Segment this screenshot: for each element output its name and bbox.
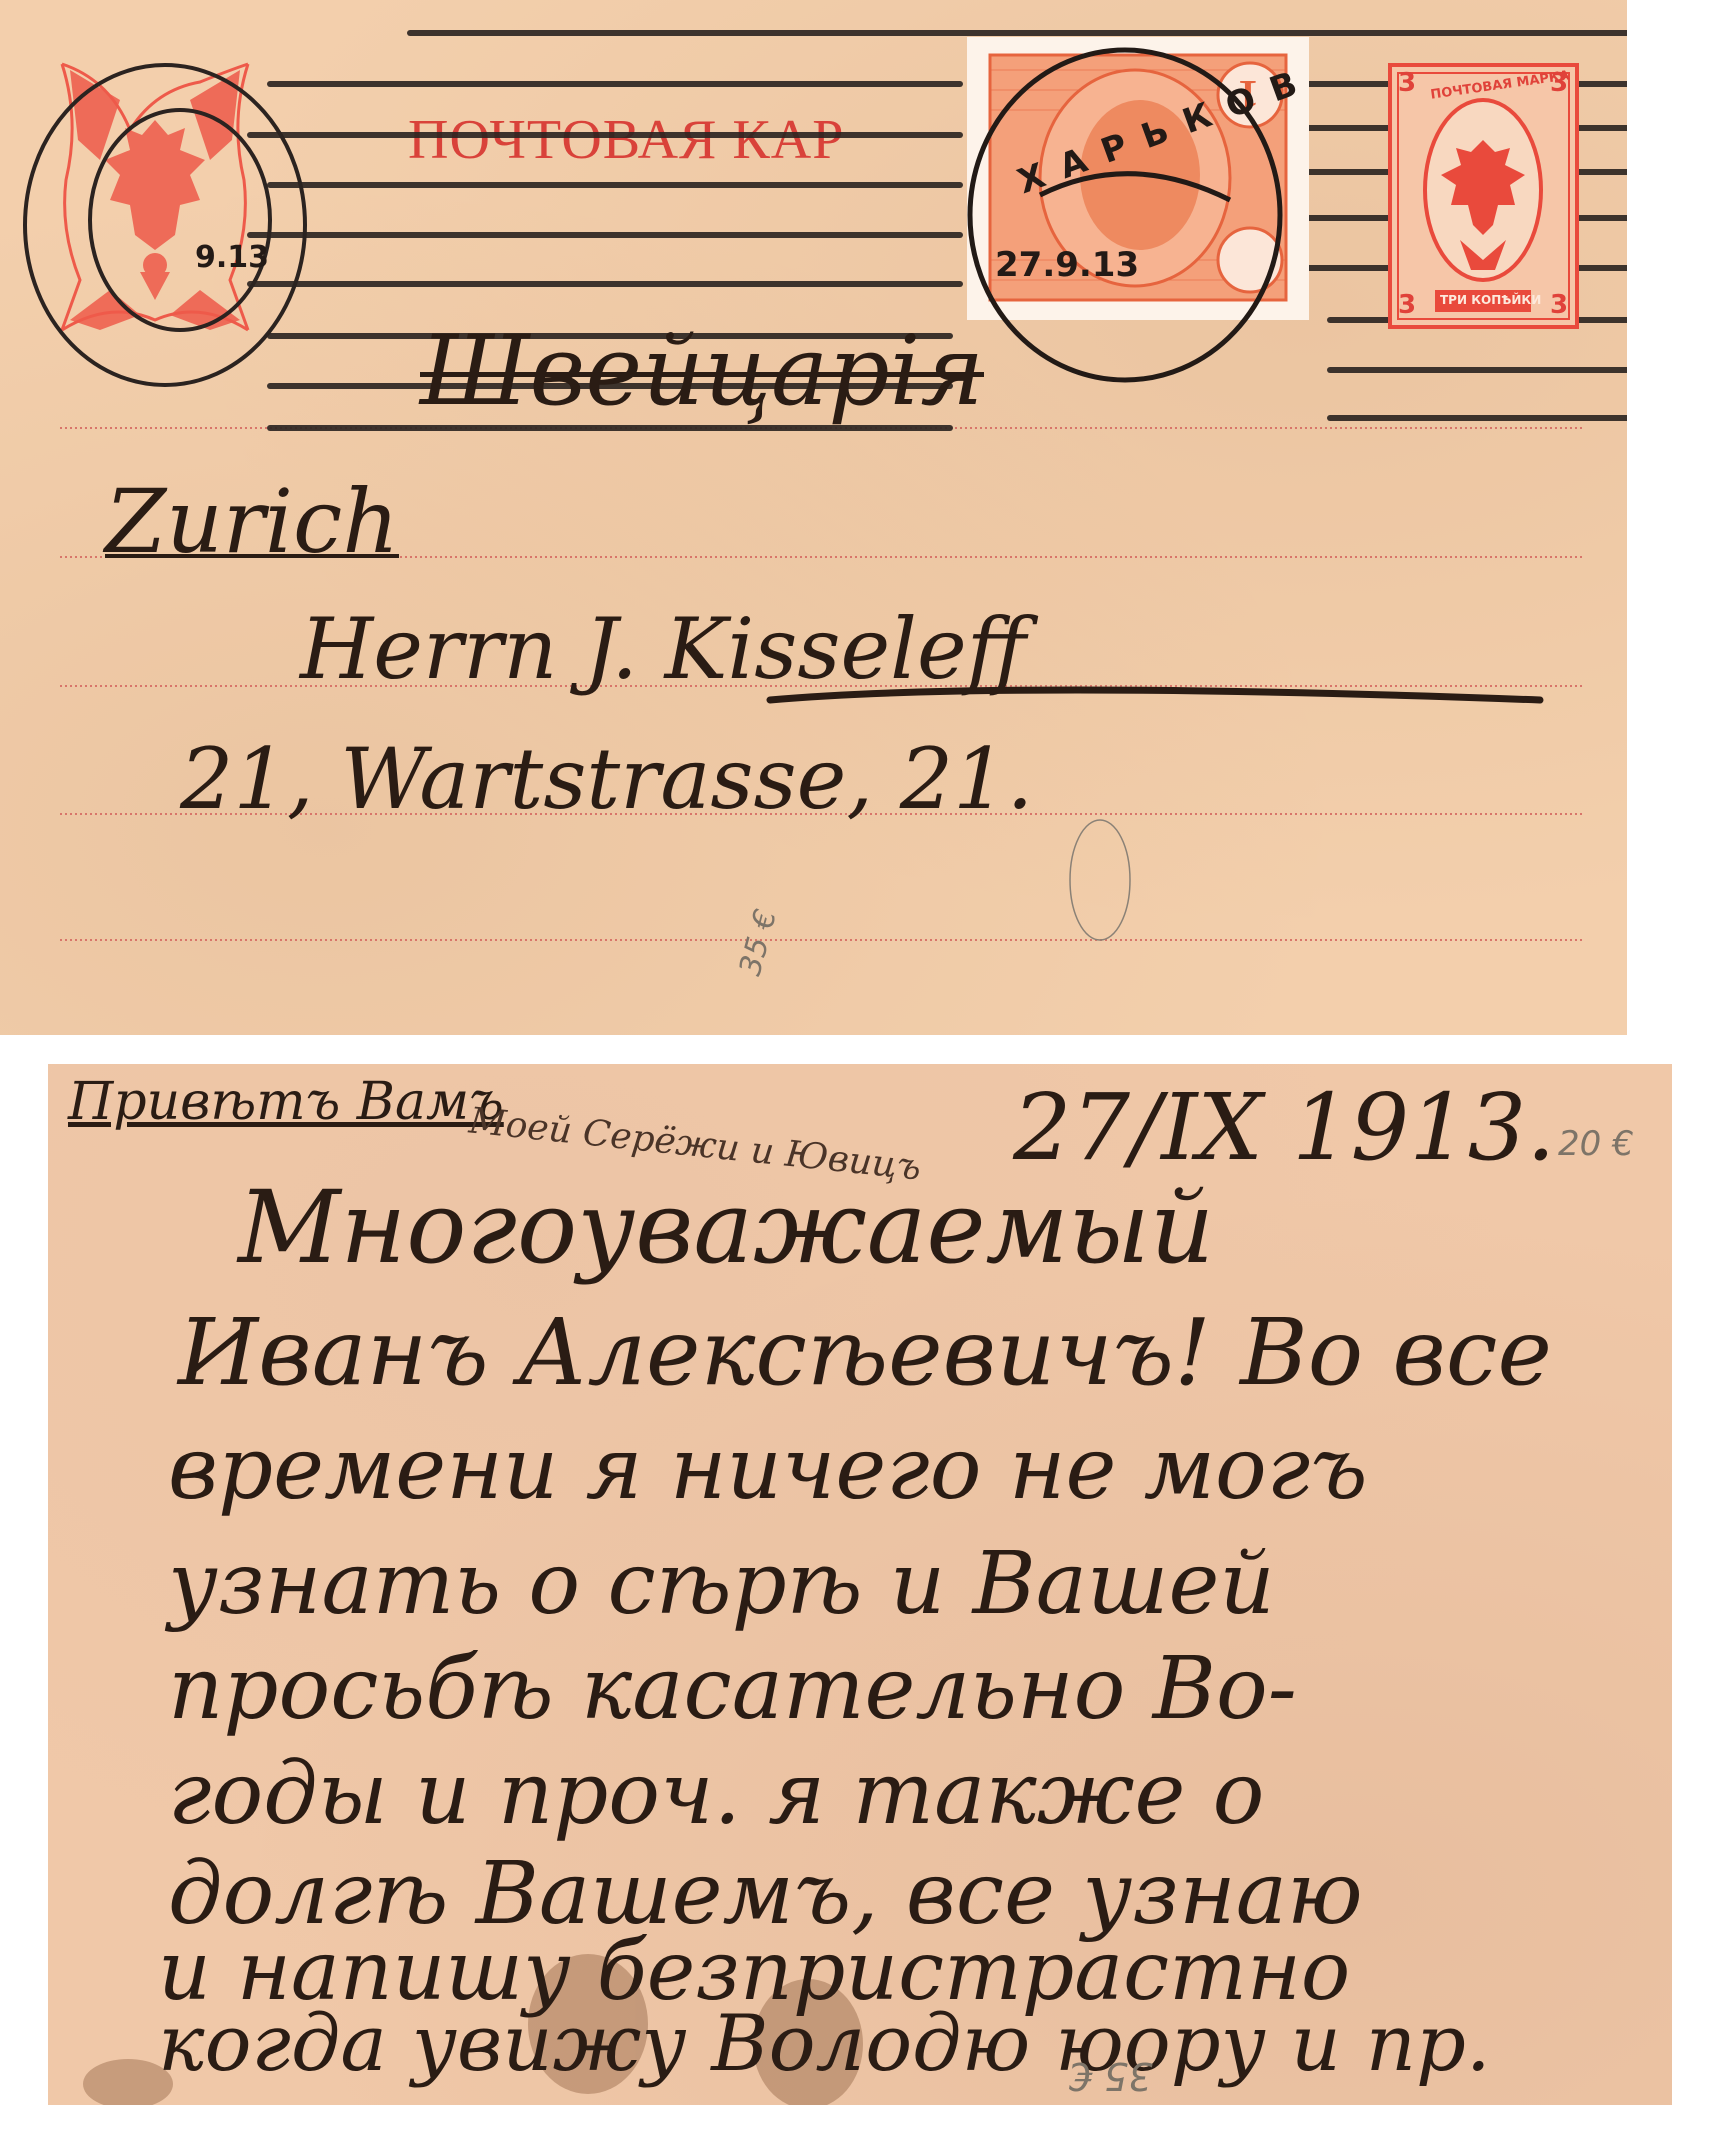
letter-line-5: просьбѣ касательно Во- [168,1639,1297,1739]
letter-date: 27/IX 1913. [1013,1074,1556,1181]
letter-line-2: Иванъ Алексѣевичъ! Во все [178,1299,1552,1406]
header-note: Привѣтъ Вамъ [68,1072,504,1132]
letter-line-4: узнать о сѣрѣ и Вашей [168,1534,1275,1634]
bottom-pencil-mark: 35 € [1068,2054,1153,2098]
letter-line-6: годы и проч. я также о [168,1744,1264,1844]
postcard-back-letter: Привѣтъ Вамъ Моей Серёжи и Ювицъ 27/IX 1… [48,1064,1672,2105]
pencil-number: 20 € [1558,1124,1634,1164]
letter-line-9: когда увижу Володю юору и пр. [158,1999,1491,2089]
letter-line-3: времени я ничего не могъ [168,1419,1368,1519]
postcard-front: ПОЧТОВАЯ КАР 9.13 [0,0,1627,1035]
pencil-circle-mark [0,0,1627,1035]
letter-line-1: Многоуважаемый [238,1169,1214,1286]
